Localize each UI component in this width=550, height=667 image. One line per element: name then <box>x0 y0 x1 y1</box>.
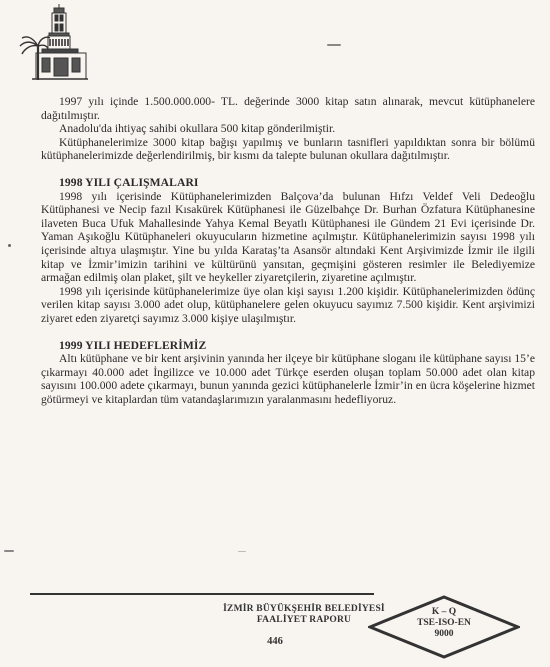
footer-rule <box>30 593 374 595</box>
section-heading-1998: 1998 YILI ÇALIŞMALARI <box>41 176 535 190</box>
cert-line: 9000 <box>368 629 520 640</box>
certification-label: K – Q TSE-ISO-EN 9000 <box>368 607 520 640</box>
document-body: 1997 yılı içinde 1.500.000.000- TL. değe… <box>41 95 535 406</box>
scan-mark <box>327 44 341 46</box>
scan-mark <box>4 550 14 552</box>
paragraph: 1998 yılı içerisinde kütüphanelerimize ü… <box>41 285 535 326</box>
paragraph: 1997 yılı içinde 1.500.000.000- TL. değe… <box>41 95 535 122</box>
paragraph: Altı kütüphane ve bir kent arşivinin yan… <box>41 352 535 406</box>
cert-line: TSE-ISO-EN <box>368 618 520 629</box>
cert-line: K – Q <box>368 607 520 618</box>
scan-mark <box>238 551 246 552</box>
section-heading-1999: 1999 YILI HEDEFLERİMİZ <box>41 339 535 353</box>
paragraph: Anadolu'da ihtiyaç sahibi okullara 500 k… <box>41 122 535 136</box>
clock-tower-icon <box>18 2 92 82</box>
paragraph: 1998 yılı içerisinde Kütüphanelerimizden… <box>41 190 535 285</box>
paragraph: Kütüphanelerimize 3000 kitap bağışı yapı… <box>41 136 535 163</box>
scan-mark <box>8 244 11 247</box>
page-number: 446 <box>260 636 290 647</box>
